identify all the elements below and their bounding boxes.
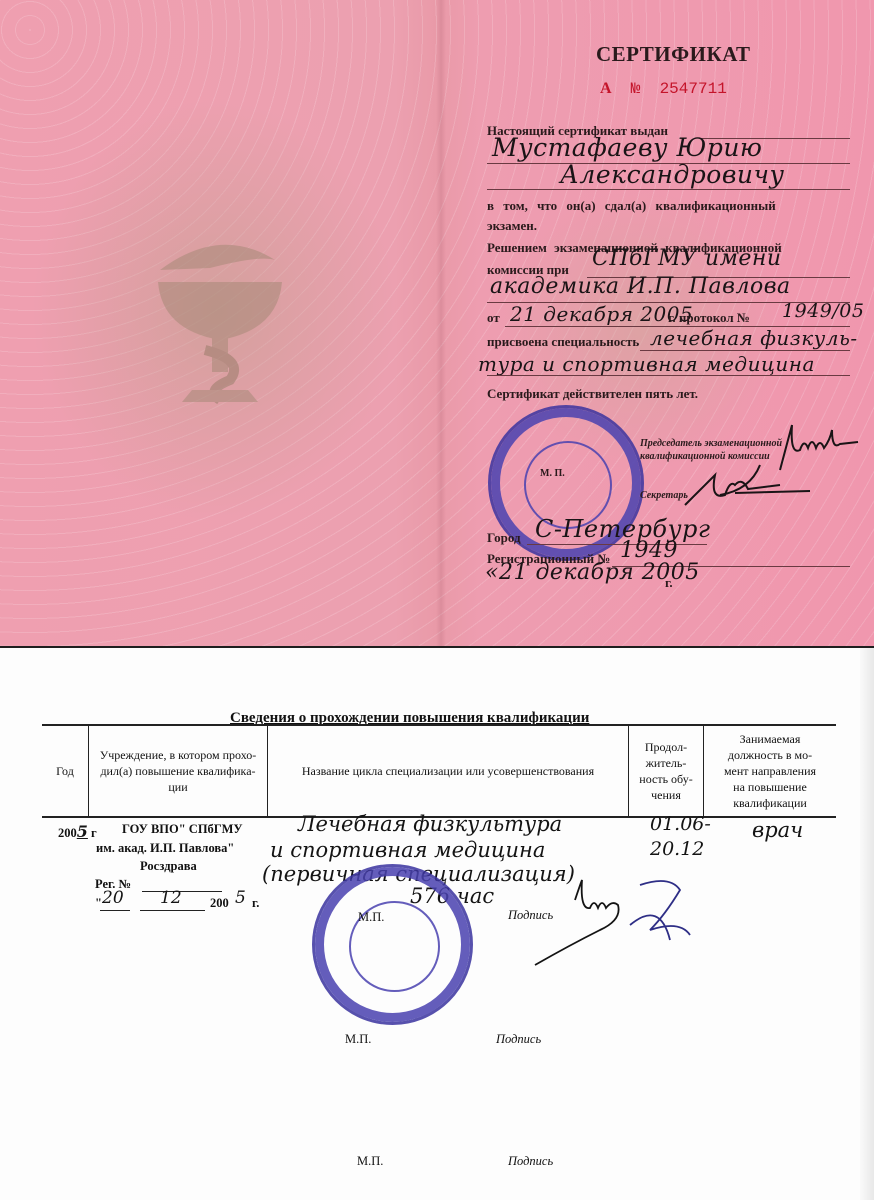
validity-text: Сертификат действителен пять лет.: [487, 386, 698, 402]
rule: [487, 189, 850, 190]
rule: [140, 910, 205, 911]
rule: [640, 350, 850, 351]
institution-line2: им. акад. И.П. Павлова": [96, 841, 234, 856]
duration-line2: 20.12: [650, 838, 704, 860]
reg-number-field: [142, 891, 222, 892]
empty-block-2-seal-label: М.П.: [357, 1154, 383, 1169]
column-header-duration: Продол- житель- ность обу- чения: [629, 725, 704, 817]
column-header-position: Занимаемая должность в мо- мент направле…: [704, 725, 837, 817]
training-record-sheet: Сведения о прохождении повышения квалифи…: [0, 646, 874, 1200]
certificate-title: СЕРТИФИКАТ: [596, 42, 751, 67]
rule: [527, 544, 707, 545]
serial-number: 2547711: [660, 80, 727, 98]
booklet-fold: [436, 0, 446, 650]
holder-name-line2: Александровичу: [560, 160, 785, 189]
cycle-line1: Лечебная физкультура: [298, 812, 562, 836]
cycle-line2: и спортивная медицина: [270, 838, 545, 862]
date-year-digit: 5: [235, 888, 246, 908]
date-suffix: г.: [252, 896, 259, 911]
certificate-serial: А № 2547711: [600, 80, 727, 98]
head-signature: [530, 870, 700, 970]
bowl-of-hygieia-icon: [150, 230, 290, 410]
issue-date-suffix: г.: [665, 575, 673, 591]
chairman-label-1: Председатель экзаменационной: [640, 438, 782, 449]
institution-line3: Росздрава: [140, 859, 197, 874]
specialty-label: присвоена специальность: [487, 334, 639, 350]
decision-date: 21 декабря 2005: [510, 302, 693, 326]
passed-exam-text-1: в том, что он(а) сдал(а) квалификационны…: [487, 198, 776, 214]
passed-exam-text-2: экзамен.: [487, 218, 537, 234]
column-header-year: Год: [42, 725, 89, 817]
seal-label: М. П.: [540, 468, 565, 479]
seal-label: М.П.: [358, 910, 384, 925]
official-seal-stamp: [312, 864, 473, 1025]
specialty-line1: лечебная физкуль-: [650, 326, 858, 350]
date-month: 12: [160, 888, 182, 908]
column-header-institution: Учреждение, в котором прохо- дил(а) повы…: [89, 725, 268, 817]
certificate-spread: СЕРТИФИКАТ А № 2547711 Настоящий сертифи…: [0, 0, 874, 650]
row-year: 2005 г: [58, 822, 97, 841]
rule: [487, 375, 850, 376]
institution-line2: академика И.П. Павлова: [490, 274, 791, 299]
column-header-cycle: Название цикла специализации или усоверш…: [268, 725, 629, 817]
holder-name-line1: Мустафаеву Юрию: [492, 133, 762, 162]
date-open-quote: ": [95, 896, 102, 911]
rule: [100, 910, 130, 911]
year-digit: 5: [77, 822, 88, 841]
protocol-label: г. протокол №: [668, 310, 750, 326]
secretary-signature: [680, 455, 820, 515]
date-day: 20: [102, 888, 124, 908]
year-suffix: г: [91, 826, 97, 840]
institution-line1: ГОУ ВПО" СПбГМУ: [122, 822, 243, 837]
empty-block-2-signature-label: Подпись: [508, 1154, 553, 1169]
empty-block-1-seal-label: М.П.: [345, 1032, 371, 1047]
year-prefix: 200: [58, 826, 77, 840]
serial-series: А: [600, 80, 612, 97]
number-sign: №: [631, 80, 641, 98]
sheet-edge: [860, 648, 874, 1200]
from-label: от: [487, 310, 500, 326]
duration-line1: 01.06-: [650, 813, 711, 835]
training-table-header: Год Учреждение, в котором прохо- дил(а) …: [42, 724, 836, 818]
institution-line1: СПбГМУ имени: [592, 246, 782, 271]
specialty-line2: тура и спортивная медицина: [478, 352, 815, 376]
position: врач: [752, 818, 803, 842]
date-year-prefix: 200: [210, 896, 229, 911]
city-label: Город: [487, 530, 521, 546]
protocol-number: 1949/05: [782, 300, 864, 322]
empty-block-1-signature-label: Подпись: [496, 1032, 541, 1047]
